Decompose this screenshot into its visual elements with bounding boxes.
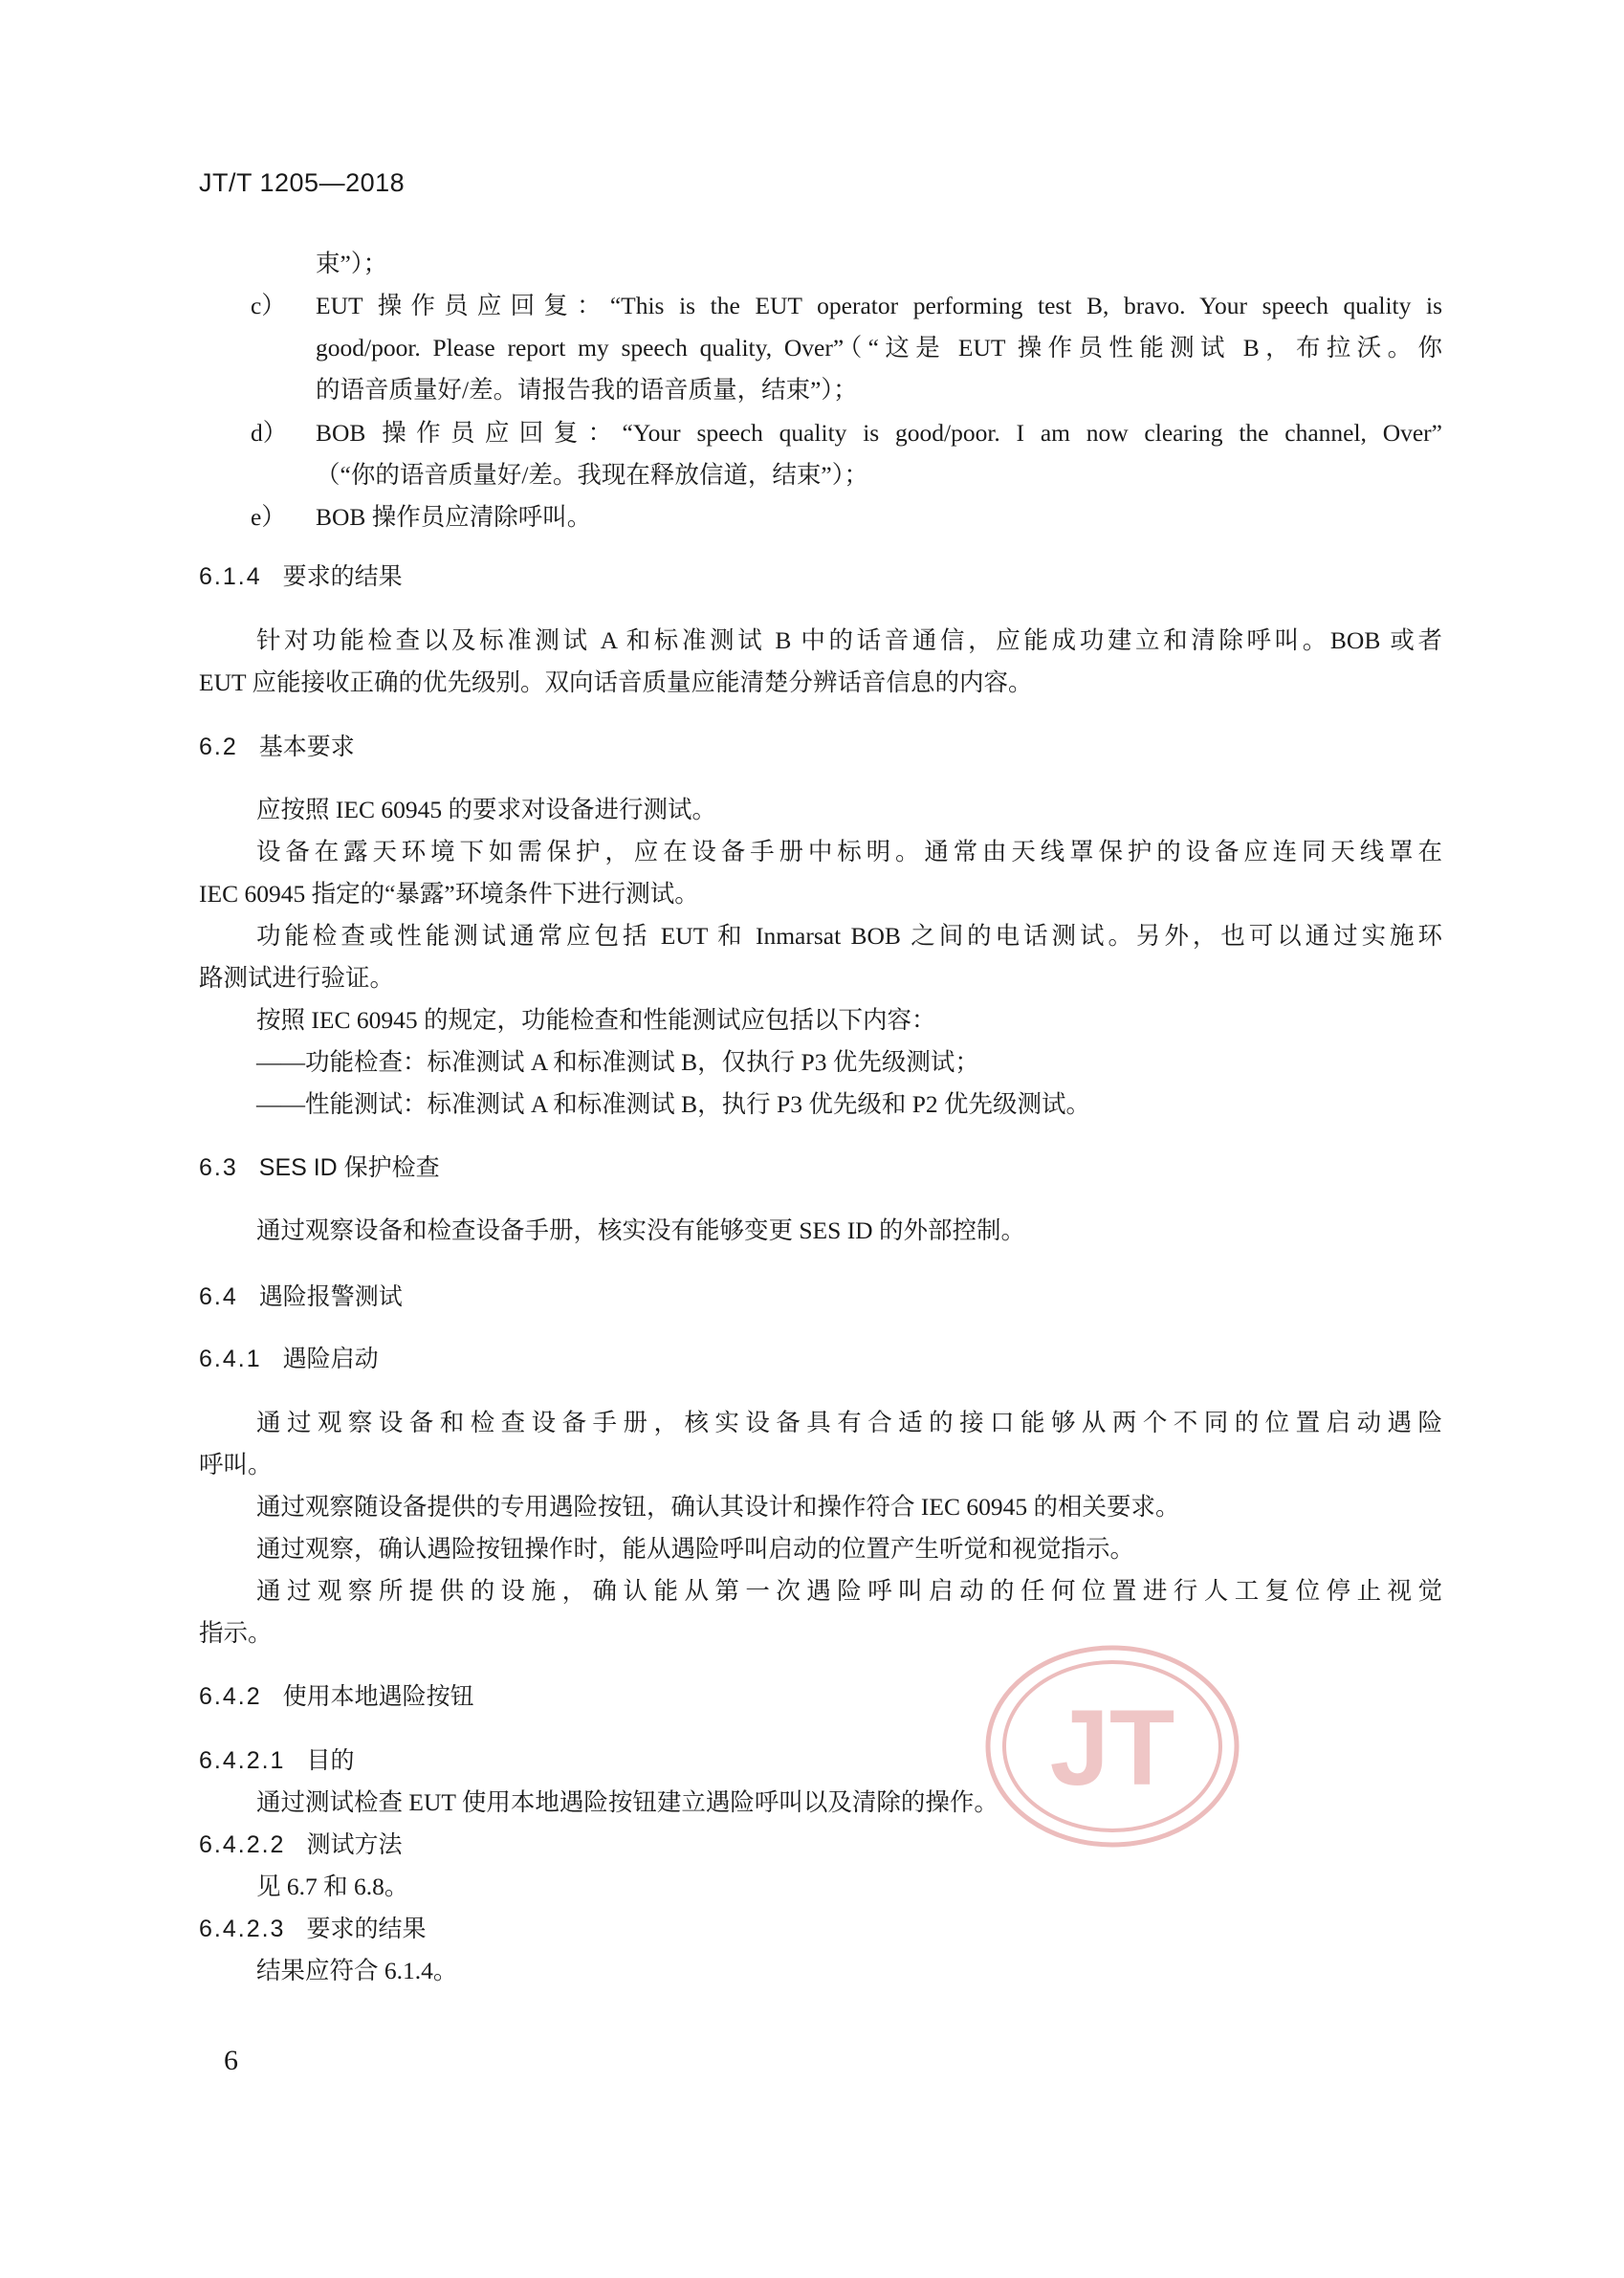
section-heading-6-2: 6.2基本要求 <box>199 731 355 763</box>
section-heading-6-4-2-3: 6.4.2.3要求的结果 <box>199 1913 426 1946</box>
paragraph-6-4-1-1-line1: 通过观察设备和检查设备手册，核实设备具有合适的接口能够从两个不同的位置启动遇险 <box>256 1407 1442 1439</box>
paragraph-6-2-2-line1: 设备在露天环境下如需保护，应在设备手册中标明。通常由天线罩保护的设备应连同天线罩… <box>256 836 1442 868</box>
section-title: 要求的结果 <box>306 1917 426 1942</box>
paragraph-6-1-4-line1: 针对功能检查以及标准测试 A 和标准测试 B 中的话音通信，应能成功建立和清除呼… <box>256 624 1442 657</box>
dash-item-functional-check: ——功能检查：标准测试 A 和标准测试 B，仅执行 P3 优先级测试； <box>256 1046 979 1079</box>
dash-item-performance-test: ——性能测试：标准测试 A 和标准测试 B，执行 P3 优先级和 P2 优先级测… <box>256 1088 1090 1121</box>
section-number: 6.2 <box>199 731 238 763</box>
list-item-c-line1: EUT 操作员应回复：“This is the EUT operator per… <box>316 290 1442 322</box>
list-item-b-continuation: 束”）； <box>316 248 387 280</box>
section-number: 6.1.4 <box>199 560 262 593</box>
page-number: 6 <box>224 2045 238 2077</box>
paragraph-6-2-2-line2: IEC 60945 指定的“暴露”环境条件下进行测试。 <box>199 878 699 910</box>
section-heading-6-4-2: 6.4.2使用本地遇险按钮 <box>199 1680 474 1713</box>
list-label-e: e） <box>251 501 286 534</box>
paragraph-6-3-1: 通过观察设备和检查设备手册，核实没有能够变更 SES ID 的外部控制。 <box>256 1215 1025 1247</box>
section-title: 目的 <box>306 1748 354 1774</box>
watermark-text: JT <box>1050 1688 1175 1807</box>
section-number: 6.4 <box>199 1281 238 1313</box>
section-number: 6.4.2.3 <box>199 1913 285 1945</box>
paragraph-6-4-1-1-line2: 呼叫。 <box>199 1449 273 1481</box>
section-title: SES ID 保护检查 <box>259 1154 440 1181</box>
paragraph-6-4-2-1: 通过测试检查 EUT 使用本地遇险按钮建立遇险呼叫以及清除的操作。 <box>256 1786 999 1819</box>
section-number: 6.4.2.1 <box>199 1744 285 1777</box>
paragraph-6-2-3-line2: 路测试进行验证。 <box>199 962 394 995</box>
document-page: JT/T 1205—2018 束”）； c） EUT 操作员应回复：“This … <box>0 0 1624 2278</box>
section-heading-6-4-2-2: 6.4.2.2测试方法 <box>199 1829 402 1862</box>
section-title: 基本要求 <box>259 734 355 760</box>
list-item-e-line1: BOB 操作员应清除呼叫。 <box>316 501 591 534</box>
section-heading-6-1-4: 6.1.4要求的结果 <box>199 560 403 593</box>
section-number: 6.3 <box>199 1151 238 1184</box>
section-number: 6.4.2.2 <box>199 1829 285 1861</box>
section-heading-6-4-2-1: 6.4.2.1目的 <box>199 1744 354 1778</box>
paragraph-6-4-2-2: 见 6.7 和 6.8。 <box>256 1871 408 1903</box>
section-heading-6-4: 6.4遇险报警测试 <box>199 1281 403 1313</box>
section-title: 遇险报警测试 <box>259 1283 403 1310</box>
section-title: 要求的结果 <box>283 563 403 590</box>
section-heading-6-3: 6.3SES ID 保护检查 <box>199 1151 440 1184</box>
section-number: 6.4.2 <box>199 1680 262 1713</box>
section-title: 测试方法 <box>306 1832 402 1858</box>
section-heading-6-4-1: 6.4.1遇险启动 <box>199 1343 379 1375</box>
paragraph-6-4-1-3: 通过观察，确认遇险按钮操作时，能从遇险呼叫启动的位置产生听觉和视觉指示。 <box>256 1533 1134 1566</box>
list-item-c-line3: 的语音质量好/差。请报告我的语音质量，结束”）； <box>316 374 858 406</box>
paragraph-6-4-1-2: 通过观察随设备提供的专用遇险按钮，确认其设计和操作符合 IEC 60945 的相… <box>256 1491 1179 1523</box>
list-item-d-line1: BOB 操作员应回复：“Your speech quality is good/… <box>316 417 1442 449</box>
section-title: 遇险启动 <box>283 1346 379 1372</box>
section-number: 6.4.1 <box>199 1343 262 1375</box>
section-title: 使用本地遇险按钮 <box>283 1683 474 1710</box>
list-item-d-line2: （“你的语音质量好/差。我现在释放信道，结束”）； <box>316 459 868 492</box>
list-label-c: c） <box>251 290 286 322</box>
paragraph-6-2-4: 按照 IEC 60945 的规定，功能检查和性能测试应包括以下内容： <box>256 1004 935 1037</box>
paragraph-6-4-2-3: 结果应符合 6.1.4。 <box>256 1955 457 1987</box>
paragraph-6-1-4-line2: EUT 应能接收正确的优先级别。双向话音质量应能清楚分辨话音信息的内容。 <box>199 667 1032 699</box>
paragraph-6-2-3-line1: 功能检查或性能测试通常应包括 EUT 和 Inmarsat BOB 之间的电话测… <box>256 920 1442 953</box>
paragraph-6-4-1-4-line2: 指示。 <box>199 1617 273 1650</box>
jt-watermark-stamp: JT <box>983 1643 1241 1850</box>
list-item-c-line2: good/poor. Please report my speech quali… <box>316 332 1442 364</box>
list-label-d: d） <box>251 417 287 449</box>
paragraph-6-4-1-4-line1: 通过观察所提供的设施，确认能从第一次遇险呼叫启动的任何位置进行人工复位停止视觉 <box>256 1575 1442 1608</box>
document-header-id: JT/T 1205—2018 <box>199 168 405 198</box>
paragraph-6-2-1: 应按照 IEC 60945 的要求对设备进行测试。 <box>256 794 716 826</box>
